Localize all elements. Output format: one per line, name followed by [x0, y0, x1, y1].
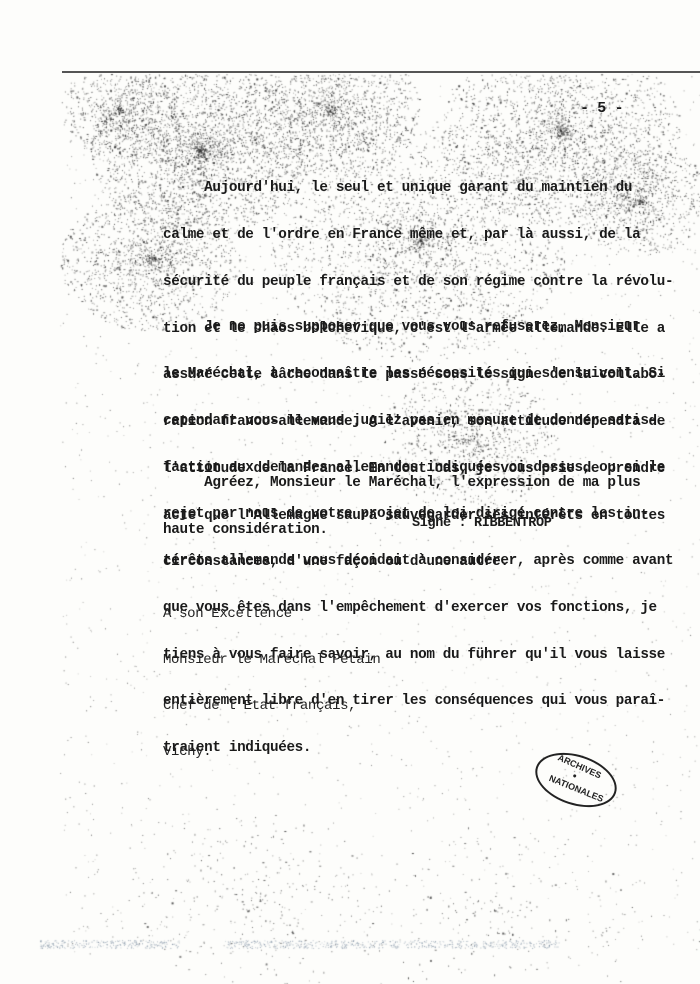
text-line: calme et de l'ordre en France même et, p… — [163, 228, 673, 244]
text-line: Je ne puis supposer que vous vous refuse… — [163, 320, 673, 336]
text-line: le Maréchal, à reconnaître les nécessité… — [163, 367, 673, 383]
text-line: haute considération. — [163, 523, 640, 539]
address-line: A son Excellence — [163, 607, 380, 622]
text-line: cependant vous ne vous jugiez pas en mes… — [163, 414, 673, 430]
text-line: Agréez, Monsieur le Maréchal, l'expressi… — [163, 476, 640, 492]
text-line: Aujourd'hui, le seul et unique garant du… — [163, 181, 673, 197]
page-number: - 5 - — [580, 100, 623, 117]
paragraph-3-closing: Agréez, Monsieur le Maréchal, l'expressi… — [163, 445, 640, 570]
stamp-dot — [573, 774, 577, 778]
address-line: Vichy. — [163, 745, 380, 760]
recipient-address: A son Excellence Monsieur le Maréchal Pé… — [163, 576, 380, 792]
text-line: sécurité du peuple français et de son ré… — [163, 275, 673, 291]
address-line: Monsieur le Maréchal Pétain — [163, 653, 380, 668]
address-line: Chef de l'Etat français, — [163, 699, 380, 714]
signature: Signé : RIBBENTROP — [412, 516, 552, 531]
scan-edge-line — [62, 71, 700, 73]
document-page: - 5 - Aujourd'hui, le seul et unique gar… — [0, 0, 700, 984]
